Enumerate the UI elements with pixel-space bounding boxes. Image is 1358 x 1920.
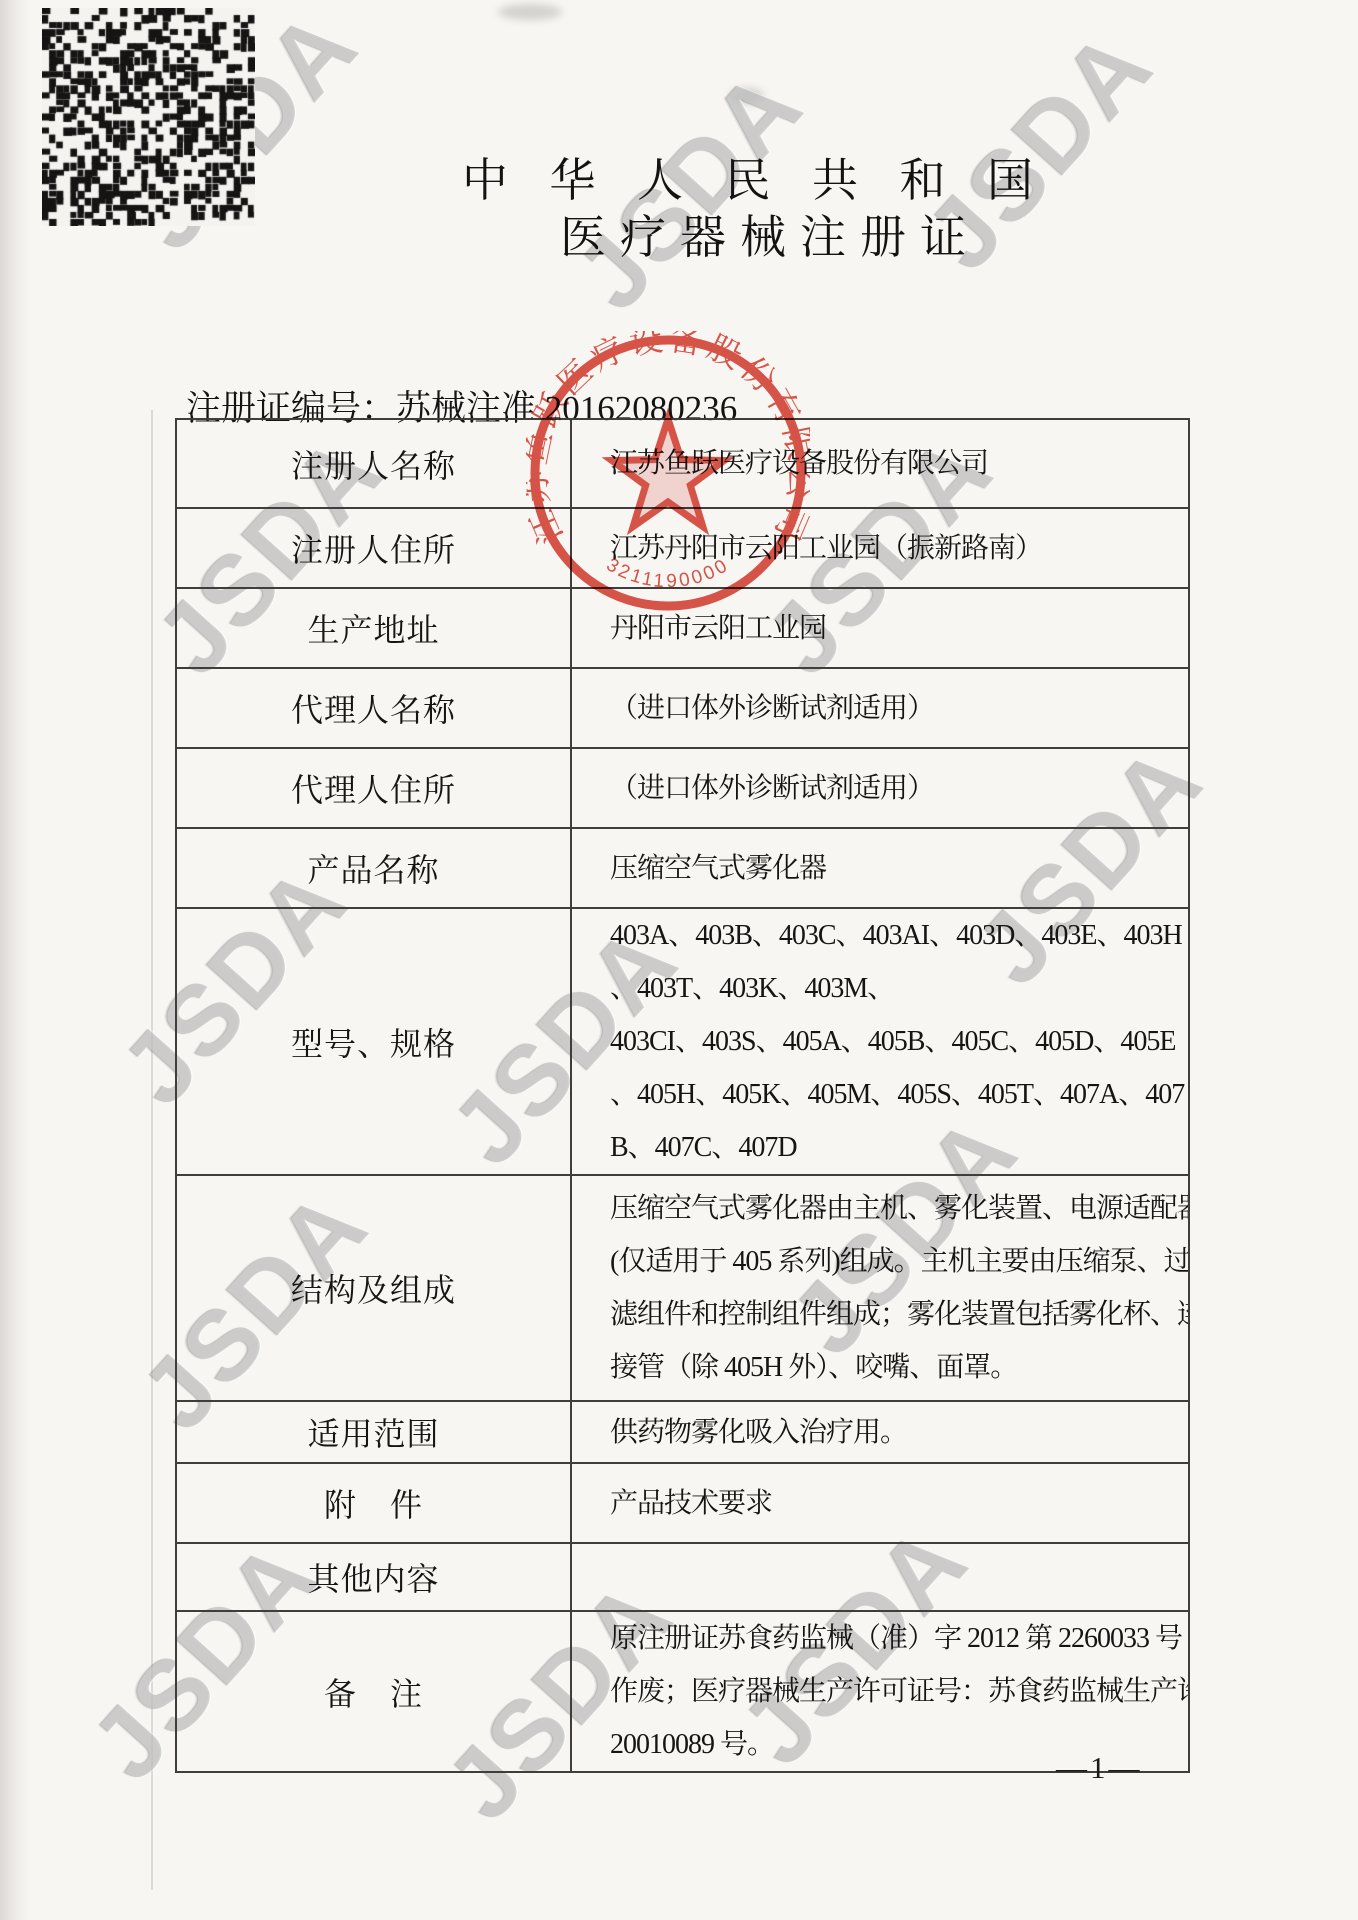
row-label: 适用范围 bbox=[176, 1401, 571, 1463]
row-value: 403A、403B、403C、403AI、403D、403E、403H 、403… bbox=[571, 908, 1189, 1175]
table-row: 适用范围供药物雾化吸入治疗用。 bbox=[176, 1401, 1189, 1463]
row-value: 原注册证苏食药监械（准）字 2012 第 2260033 号 作废；医疗器械生产… bbox=[571, 1611, 1189, 1772]
certificate-page: JSDA JSDA JSDA JSDA JSDA JSDA JSDA JSDA … bbox=[0, 0, 1358, 1920]
row-value: 供药物雾化吸入治疗用。 bbox=[571, 1401, 1189, 1463]
row-label: 代理人住所 bbox=[176, 748, 571, 828]
table-row: 附 件产品技术要求 bbox=[176, 1463, 1189, 1543]
row-label: 其他内容 bbox=[176, 1543, 571, 1611]
row-value: （进口体外诊断试剂适用） bbox=[571, 668, 1189, 748]
table-row: 其他内容 bbox=[176, 1543, 1189, 1611]
scan-edge-shadow bbox=[0, 0, 30, 1920]
row-label: 结构及组成 bbox=[176, 1175, 571, 1401]
scan-smudge bbox=[730, 88, 764, 104]
certificate-title: 医疗器械注册证 bbox=[560, 201, 980, 267]
table-row: 结构及组成压缩空气式雾化器由主机、雾化装置、电源适配器 (仅适用于 405 系列… bbox=[176, 1175, 1189, 1401]
table-row: 代理人名称（进口体外诊断试剂适用） bbox=[176, 668, 1189, 748]
page-number: —1— bbox=[1056, 1750, 1143, 1786]
table-row: 产品名称压缩空气式雾化器 bbox=[176, 828, 1189, 908]
data-matrix-barcode bbox=[42, 8, 255, 226]
row-value bbox=[571, 1543, 1189, 1611]
row-label: 附 件 bbox=[176, 1463, 571, 1543]
scan-smudge bbox=[498, 4, 562, 20]
row-value: 压缩空气式雾化器 bbox=[571, 828, 1189, 908]
table-row: 代理人住所（进口体外诊断试剂适用） bbox=[176, 748, 1189, 828]
company-seal-stamp: 江苏鱼跃医疗设备股份有限公司 3211190000 bbox=[526, 331, 810, 615]
row-label: 注册人住所 bbox=[176, 508, 571, 588]
row-label: 生产地址 bbox=[176, 588, 571, 668]
row-value: 产品技术要求 bbox=[571, 1463, 1189, 1543]
row-label: 注册人名称 bbox=[176, 419, 571, 508]
row-label: 备 注 bbox=[176, 1611, 571, 1772]
row-value: （进口体外诊断试剂适用） bbox=[571, 748, 1189, 828]
row-value: 压缩空气式雾化器由主机、雾化装置、电源适配器 (仅适用于 405 系列)组成。主… bbox=[571, 1175, 1189, 1401]
row-label: 代理人名称 bbox=[176, 668, 571, 748]
table-row: 备 注原注册证苏食药监械（准）字 2012 第 2260033 号 作废；医疗器… bbox=[176, 1611, 1189, 1772]
row-label: 型号、规格 bbox=[176, 908, 571, 1175]
seal-serial-arc-text: 3211190000 bbox=[603, 554, 734, 592]
scan-fold-line bbox=[151, 410, 153, 1890]
table-row: 型号、规格403A、403B、403C、403AI、403D、403E、403H… bbox=[176, 908, 1189, 1175]
row-label: 产品名称 bbox=[176, 828, 571, 908]
seal-star-icon bbox=[612, 419, 724, 527]
svg-text:3211190000: 3211190000 bbox=[603, 554, 734, 592]
certificate-table: 注册人名称江苏鱼跃医疗设备股份有限公司注册人住所江苏丹阳市云阳工业园（振新路南）… bbox=[175, 418, 1190, 1773]
